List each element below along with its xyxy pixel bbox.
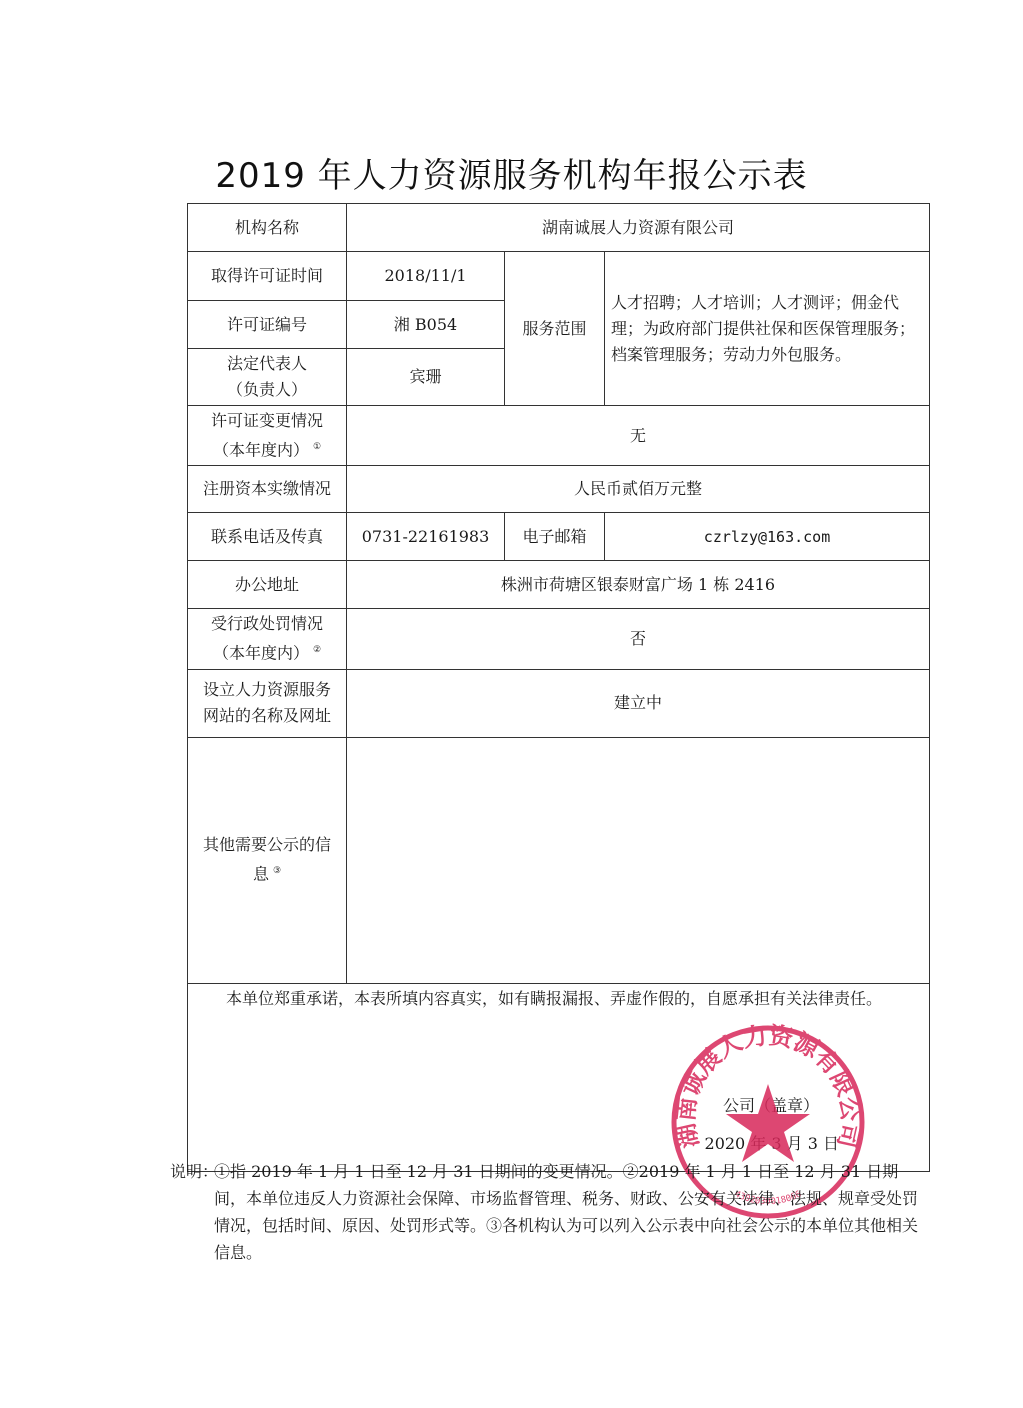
website-label-line1: 设立人力资源服务 <box>194 677 340 703</box>
website-label-line2: 网站的名称及网址 <box>194 703 340 729</box>
legal-rep-value: 宾珊 <box>347 349 505 406</box>
seal-star-icon <box>726 1084 810 1162</box>
license-date-value: 2018/11/1 <box>347 252 505 301</box>
org-name-value: 湖南诚展人力资源有限公司 <box>347 204 930 252</box>
document-title: 2019 年人力资源服务机构年报公示表 <box>0 148 1023 197</box>
website-label: 设立人力资源服务 网站的名称及网址 <box>188 669 347 737</box>
email-value: czrlzy@163.com <box>605 513 930 561</box>
license-change-label-line1: 许可证变更情况 <box>194 408 340 434</box>
phone-label: 联系电话及传真 <box>188 513 347 561</box>
notes-text: ①指 2019 年 1 月 1 日至 12 月 31 日期间的变更情况。②201… <box>170 1158 930 1266</box>
address-label: 办公地址 <box>188 561 347 609</box>
footnote-marker-2: ② <box>313 645 321 655</box>
org-name-label: 机构名称 <box>188 204 347 252</box>
footnotes: 说明： ①指 2019 年 1 月 1 日至 12 月 31 日期间的变更情况。… <box>170 1158 930 1266</box>
pledge-text: 本单位郑重承诺，本表所填内容真实，如有瞒报漏报、弄虚作假的，自愿承担有关法律责任… <box>194 986 923 1012</box>
footnote-marker-1: ① <box>313 442 321 452</box>
legal-rep-label: 法定代表人 （负责人） <box>188 349 347 406</box>
website-value: 建立中 <box>347 669 930 737</box>
address-value: 株洲市荷塘区银泰财富广场 1 栋 2416 <box>347 561 930 609</box>
penalty-label-line1: 受行政处罚情况 <box>194 611 340 637</box>
legal-rep-label-line1: 法定代表人 <box>194 351 340 377</box>
service-scope-label: 服务范围 <box>505 252 605 406</box>
license-change-value: 无 <box>347 406 930 466</box>
notes-prefix: 说明： <box>170 1162 218 1181</box>
penalty-label-line2: （本年度内） <box>213 644 309 663</box>
service-scope-value: 人才招聘；人才培训；人才测评；佣金代理；为政府部门提供社保和医保管理服务；档案管… <box>605 252 930 406</box>
other-info-label-line2: 息 <box>253 865 269 884</box>
capital-label: 注册资本实缴情况 <box>188 466 347 513</box>
license-change-label-line2: （本年度内） <box>213 440 309 459</box>
legal-rep-label-line2: （负责人） <box>194 377 340 403</box>
license-date-label: 取得许可证时间 <box>188 252 347 301</box>
footnote-marker-3: ③ <box>273 866 281 876</box>
row-contact: 联系电话及传真 0731-22161983 电子邮箱 czrlzy@163.co… <box>188 513 930 561</box>
phone-value: 0731-22161983 <box>347 513 505 561</box>
license-no-label: 许可证编号 <box>188 301 347 349</box>
row-other-info: 其他需要公示的信 息③ <box>188 737 930 983</box>
email-label: 电子邮箱 <box>505 513 605 561</box>
other-info-value <box>347 737 930 983</box>
license-no-value: 湘 B054 <box>347 301 505 349</box>
penalty-label: 受行政处罚情况 （本年度内）② <box>188 609 347 669</box>
row-license-change: 许可证变更情况 （本年度内）① 无 <box>188 406 930 466</box>
penalty-value: 否 <box>347 609 930 669</box>
other-info-label: 其他需要公示的信 息③ <box>188 737 347 983</box>
row-website: 设立人力资源服务 网站的名称及网址 建立中 <box>188 669 930 737</box>
row-license-date: 取得许可证时间 2018/11/1 服务范围 人才招聘；人才培训；人才测评；佣金… <box>188 252 930 301</box>
other-info-label-line1: 其他需要公示的信 <box>194 832 340 858</box>
row-penalty: 受行政处罚情况 （本年度内）② 否 <box>188 609 930 669</box>
row-address: 办公地址 株洲市荷塘区银泰财富广场 1 栋 2416 <box>188 561 930 609</box>
license-change-label: 许可证变更情况 （本年度内）① <box>188 406 347 466</box>
row-org-name: 机构名称 湖南诚展人力资源有限公司 <box>188 204 930 252</box>
row-capital: 注册资本实缴情况 人民币贰佰万元整 <box>188 466 930 513</box>
capital-value: 人民币贰佰万元整 <box>347 466 930 513</box>
